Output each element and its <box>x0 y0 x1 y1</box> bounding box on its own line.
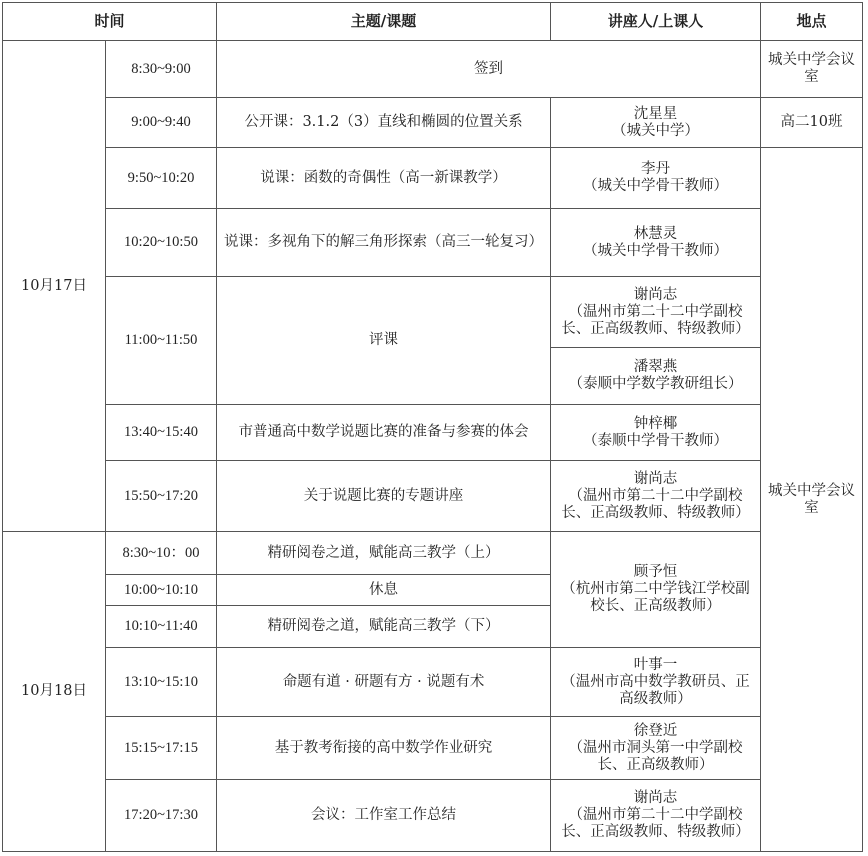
header-location: 地点 <box>761 3 863 41</box>
table-row: 10月17日 8:30~9:00 签到 城关中学会议室 <box>3 41 863 98</box>
speaker-name: 顾予恒 <box>555 564 756 581</box>
speaker-affiliation: （城关中学骨干教师） <box>555 178 756 195</box>
time-cell: 11:00~11:50 <box>106 277 217 405</box>
speaker-cell: 李丹 （城关中学骨干教师） <box>551 148 761 209</box>
topic-cell: 精研阅卷之道，赋能高三教学（下） <box>217 606 551 648</box>
location-cell: 高二10班 <box>761 98 863 148</box>
time-cell: 9:00~9:40 <box>106 98 217 148</box>
speaker-cell: 谢尚志 （温州市第二十二中学副校长、正高级教师、特级教师） <box>551 277 761 348</box>
time-cell: 17:20~17:30 <box>106 780 217 852</box>
shared-location-cell: 城关中学会议室 <box>761 148 863 852</box>
speaker-name: 林慧灵 <box>555 226 756 243</box>
time-cell: 13:10~15:10 <box>106 648 217 717</box>
speaker-affiliation: （温州市第二十二中学副校长、正高级教师、特级教师） <box>555 304 756 338</box>
speaker-affiliation: （城关中学骨干教师） <box>555 243 756 260</box>
speaker-cell: 钟梓椰 （泰顺中学骨干教师） <box>551 405 761 461</box>
table-row: 10月18日 8:30~10：00 精研阅卷之道，赋能高三教学（上） 顾予恒 （… <box>3 532 863 575</box>
topic-cell: 休息 <box>217 575 551 606</box>
speaker-cell: 徐登近 （温州市洞头第一中学副校长、正高级教师） <box>551 717 761 780</box>
time-cell: 8:30~9:00 <box>106 41 217 98</box>
speaker-cell: 顾予恒 （杭州市第二中学钱江学校副校长、正高级教师） <box>551 532 761 648</box>
speaker-name: 潘翠燕 <box>555 359 756 376</box>
speaker-affiliation: （温州市第二十二中学副校长、正高级教师、特级教师） <box>555 807 756 841</box>
topic-cell: 说课：多视角下的解三角形探索（高三一轮复习） <box>217 209 551 277</box>
table-row: 15:15~17:15 基于教考衔接的高中数学作业研究 徐登近 （温州市洞头第一… <box>3 717 863 780</box>
speaker-name: 沈星星 <box>555 106 756 123</box>
topic-cell: 公开课：3.1.2（3）直线和椭圆的位置关系 <box>217 98 551 148</box>
header-row: 时间 主题/课题 讲座人/上课人 地点 <box>3 3 863 41</box>
date-cell: 10月18日 <box>3 532 106 852</box>
topic-cell: 基于教考衔接的高中数学作业研究 <box>217 717 551 780</box>
speaker-cell: 林慧灵 （城关中学骨干教师） <box>551 209 761 277</box>
speaker-cell: 叶事一 （温州市高中数学教研员、正高级教师） <box>551 648 761 717</box>
topic-cell: 精研阅卷之道，赋能高三教学（上） <box>217 532 551 575</box>
topic-cell: 说课：函数的奇偶性（高一新课教学） <box>217 148 551 209</box>
speaker-cell: 潘翠燕 （泰顺中学数学教研组长） <box>551 348 761 405</box>
header-speaker: 讲座人/上课人 <box>551 3 761 41</box>
speaker-name: 谢尚志 <box>555 287 756 304</box>
time-cell: 9:50~10:20 <box>106 148 217 209</box>
speaker-cell: 谢尚志 （温州市第二十二中学副校长、正高级教师、特级教师） <box>551 461 761 532</box>
topic-cell: 评课 <box>217 277 551 405</box>
speaker-affiliation: （泰顺中学骨干教师） <box>555 433 756 450</box>
header-time: 时间 <box>3 3 217 41</box>
time-cell: 15:15~17:15 <box>106 717 217 780</box>
topic-cell: 关于说题比赛的专题讲座 <box>217 461 551 532</box>
table-row: 10:20~10:50 说课：多视角下的解三角形探索（高三一轮复习） 林慧灵 （… <box>3 209 863 277</box>
table-row: 17:20~17:30 会议：工作室工作总结 谢尚志 （温州市第二十二中学副校长… <box>3 780 863 852</box>
table-row: 11:00~11:50 评课 谢尚志 （温州市第二十二中学副校长、正高级教师、特… <box>3 277 863 348</box>
speaker-name: 徐登近 <box>555 723 756 740</box>
location-cell: 城关中学会议室 <box>761 41 863 98</box>
speaker-affiliation: （温州市第二十二中学副校长、正高级教师、特级教师） <box>555 488 756 522</box>
speaker-affiliation: （泰顺中学数学教研组长） <box>555 376 756 393</box>
topic-cell: 市普通高中数学说题比赛的准备与参赛的体会 <box>217 405 551 461</box>
speaker-cell: 谢尚志 （温州市第二十二中学副校长、正高级教师、特级教师） <box>551 780 761 852</box>
topic-cell: 会议：工作室工作总结 <box>217 780 551 852</box>
speaker-affiliation: （温州市高中数学教研员、正高级教师） <box>555 674 756 708</box>
speaker-name: 谢尚志 <box>555 790 756 807</box>
table-row: 13:10~15:10 命题有道 · 研题有方 · 说题有术 叶事一 （温州市高… <box>3 648 863 717</box>
speaker-affiliation: （温州市洞头第一中学副校长、正高级教师） <box>555 740 756 774</box>
speaker-name: 谢尚志 <box>555 471 756 488</box>
table-row: 9:00~9:40 公开课：3.1.2（3）直线和椭圆的位置关系 沈星星 （城关… <box>3 98 863 148</box>
schedule-table: 时间 主题/课题 讲座人/上课人 地点 10月17日 8:30~9:00 签到 … <box>2 2 863 852</box>
speaker-name: 钟梓椰 <box>555 416 756 433</box>
time-cell: 13:40~15:40 <box>106 405 217 461</box>
time-cell: 10:10~11:40 <box>106 606 217 648</box>
table-row: 9:50~10:20 说课：函数的奇偶性（高一新课教学） 李丹 （城关中学骨干教… <box>3 148 863 209</box>
time-cell: 15:50~17:20 <box>106 461 217 532</box>
speaker-name: 叶事一 <box>555 657 756 674</box>
speaker-cell: 沈星星 （城关中学） <box>551 98 761 148</box>
speaker-name: 李丹 <box>555 161 756 178</box>
speaker-affiliation: （城关中学） <box>555 123 756 140</box>
header-topic: 主题/课题 <box>217 3 551 41</box>
date-cell: 10月17日 <box>3 41 106 532</box>
speaker-affiliation: （杭州市第二中学钱江学校副校长、正高级教师） <box>555 581 756 615</box>
time-cell: 8:30~10：00 <box>106 532 217 575</box>
table-row: 13:40~15:40 市普通高中数学说题比赛的准备与参赛的体会 钟梓椰 （泰顺… <box>3 405 863 461</box>
topic-cell: 命题有道 · 研题有方 · 说题有术 <box>217 648 551 717</box>
time-cell: 10:20~10:50 <box>106 209 217 277</box>
time-cell: 10:00~10:10 <box>106 575 217 606</box>
topic-cell: 签到 <box>217 41 761 98</box>
table-row: 15:50~17:20 关于说题比赛的专题讲座 谢尚志 （温州市第二十二中学副校… <box>3 461 863 532</box>
